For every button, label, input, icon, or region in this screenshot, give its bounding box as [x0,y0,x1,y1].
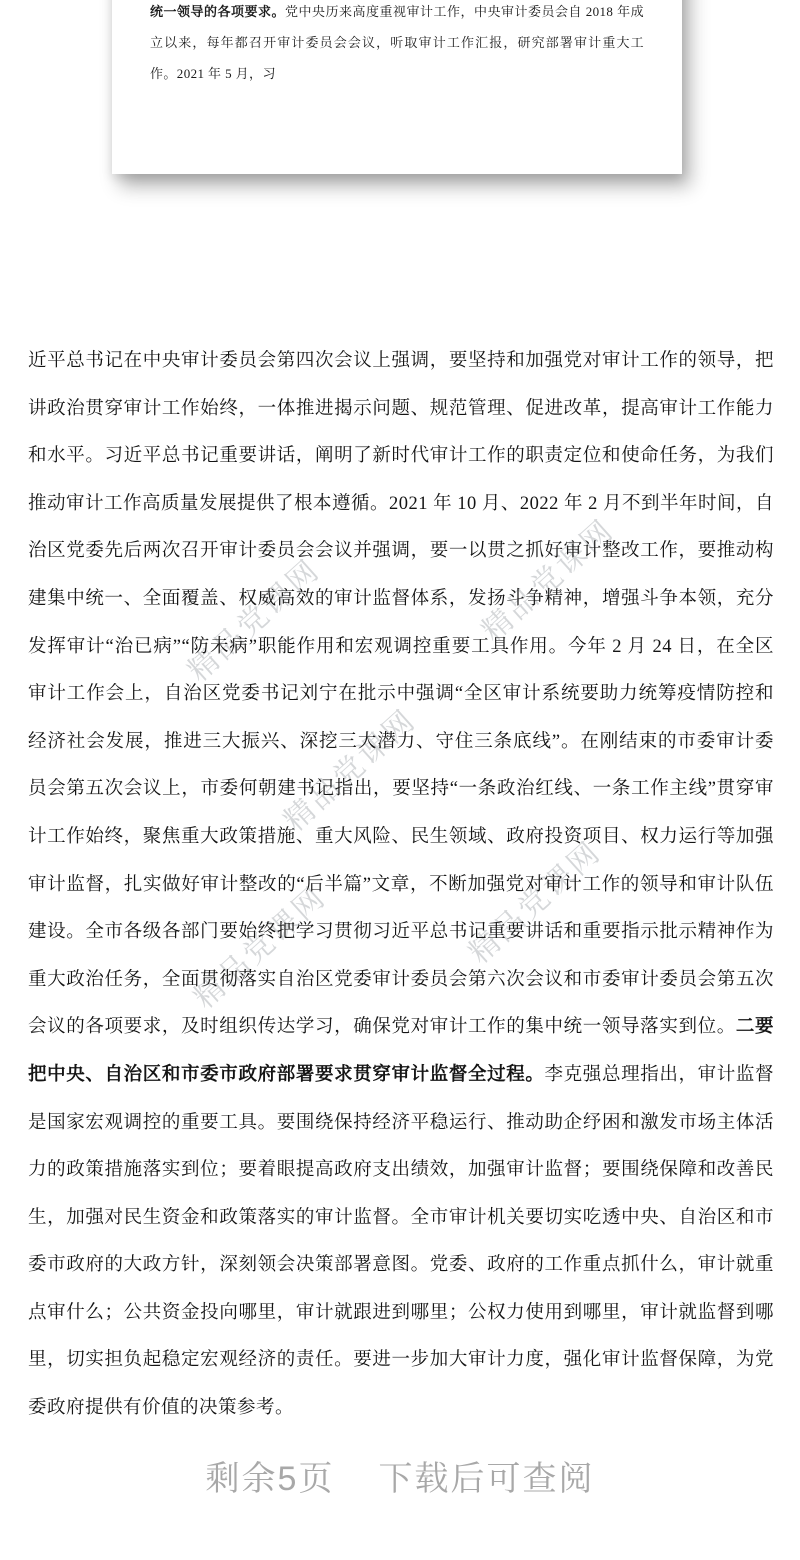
document-preview-page: 统一领导的各项要求。党中央历来高度重视审计工作，中央审计委员会自 2018 年成… [0,0,800,1560]
remaining-pages-notice: 剩余5页下载后可查阅 [0,1455,800,1503]
body-paragraph-part1: 近平总书记在中央审计委员会第四次会议上强调，要坚持和加强党对审计工作的领导，把讲… [28,351,774,1037]
remaining-pages-count: 剩余5页 [206,1460,335,1498]
document-body-text: 近平总书记在中央审计委员会第四次会议上强调，要坚持和加强党对审计工作的领导，把讲… [28,338,774,1433]
previous-page-text: 统一领导的各项要求。党中央历来高度重视审计工作，中央审计委员会自 2018 年成… [150,0,644,89]
previous-page-bold-lead: 统一领导的各项要求。 [150,4,285,19]
download-to-view-hint: 下载后可查阅 [378,1460,594,1498]
previous-page-card: 统一领导的各项要求。党中央历来高度重视审计工作，中央审计委员会自 2018 年成… [112,0,682,174]
body-paragraph-part3: 李克强总理指出，审计监督是国家宏观调控的重要工具。要围绕保持经济平稳运行、推动助… [28,1065,774,1418]
